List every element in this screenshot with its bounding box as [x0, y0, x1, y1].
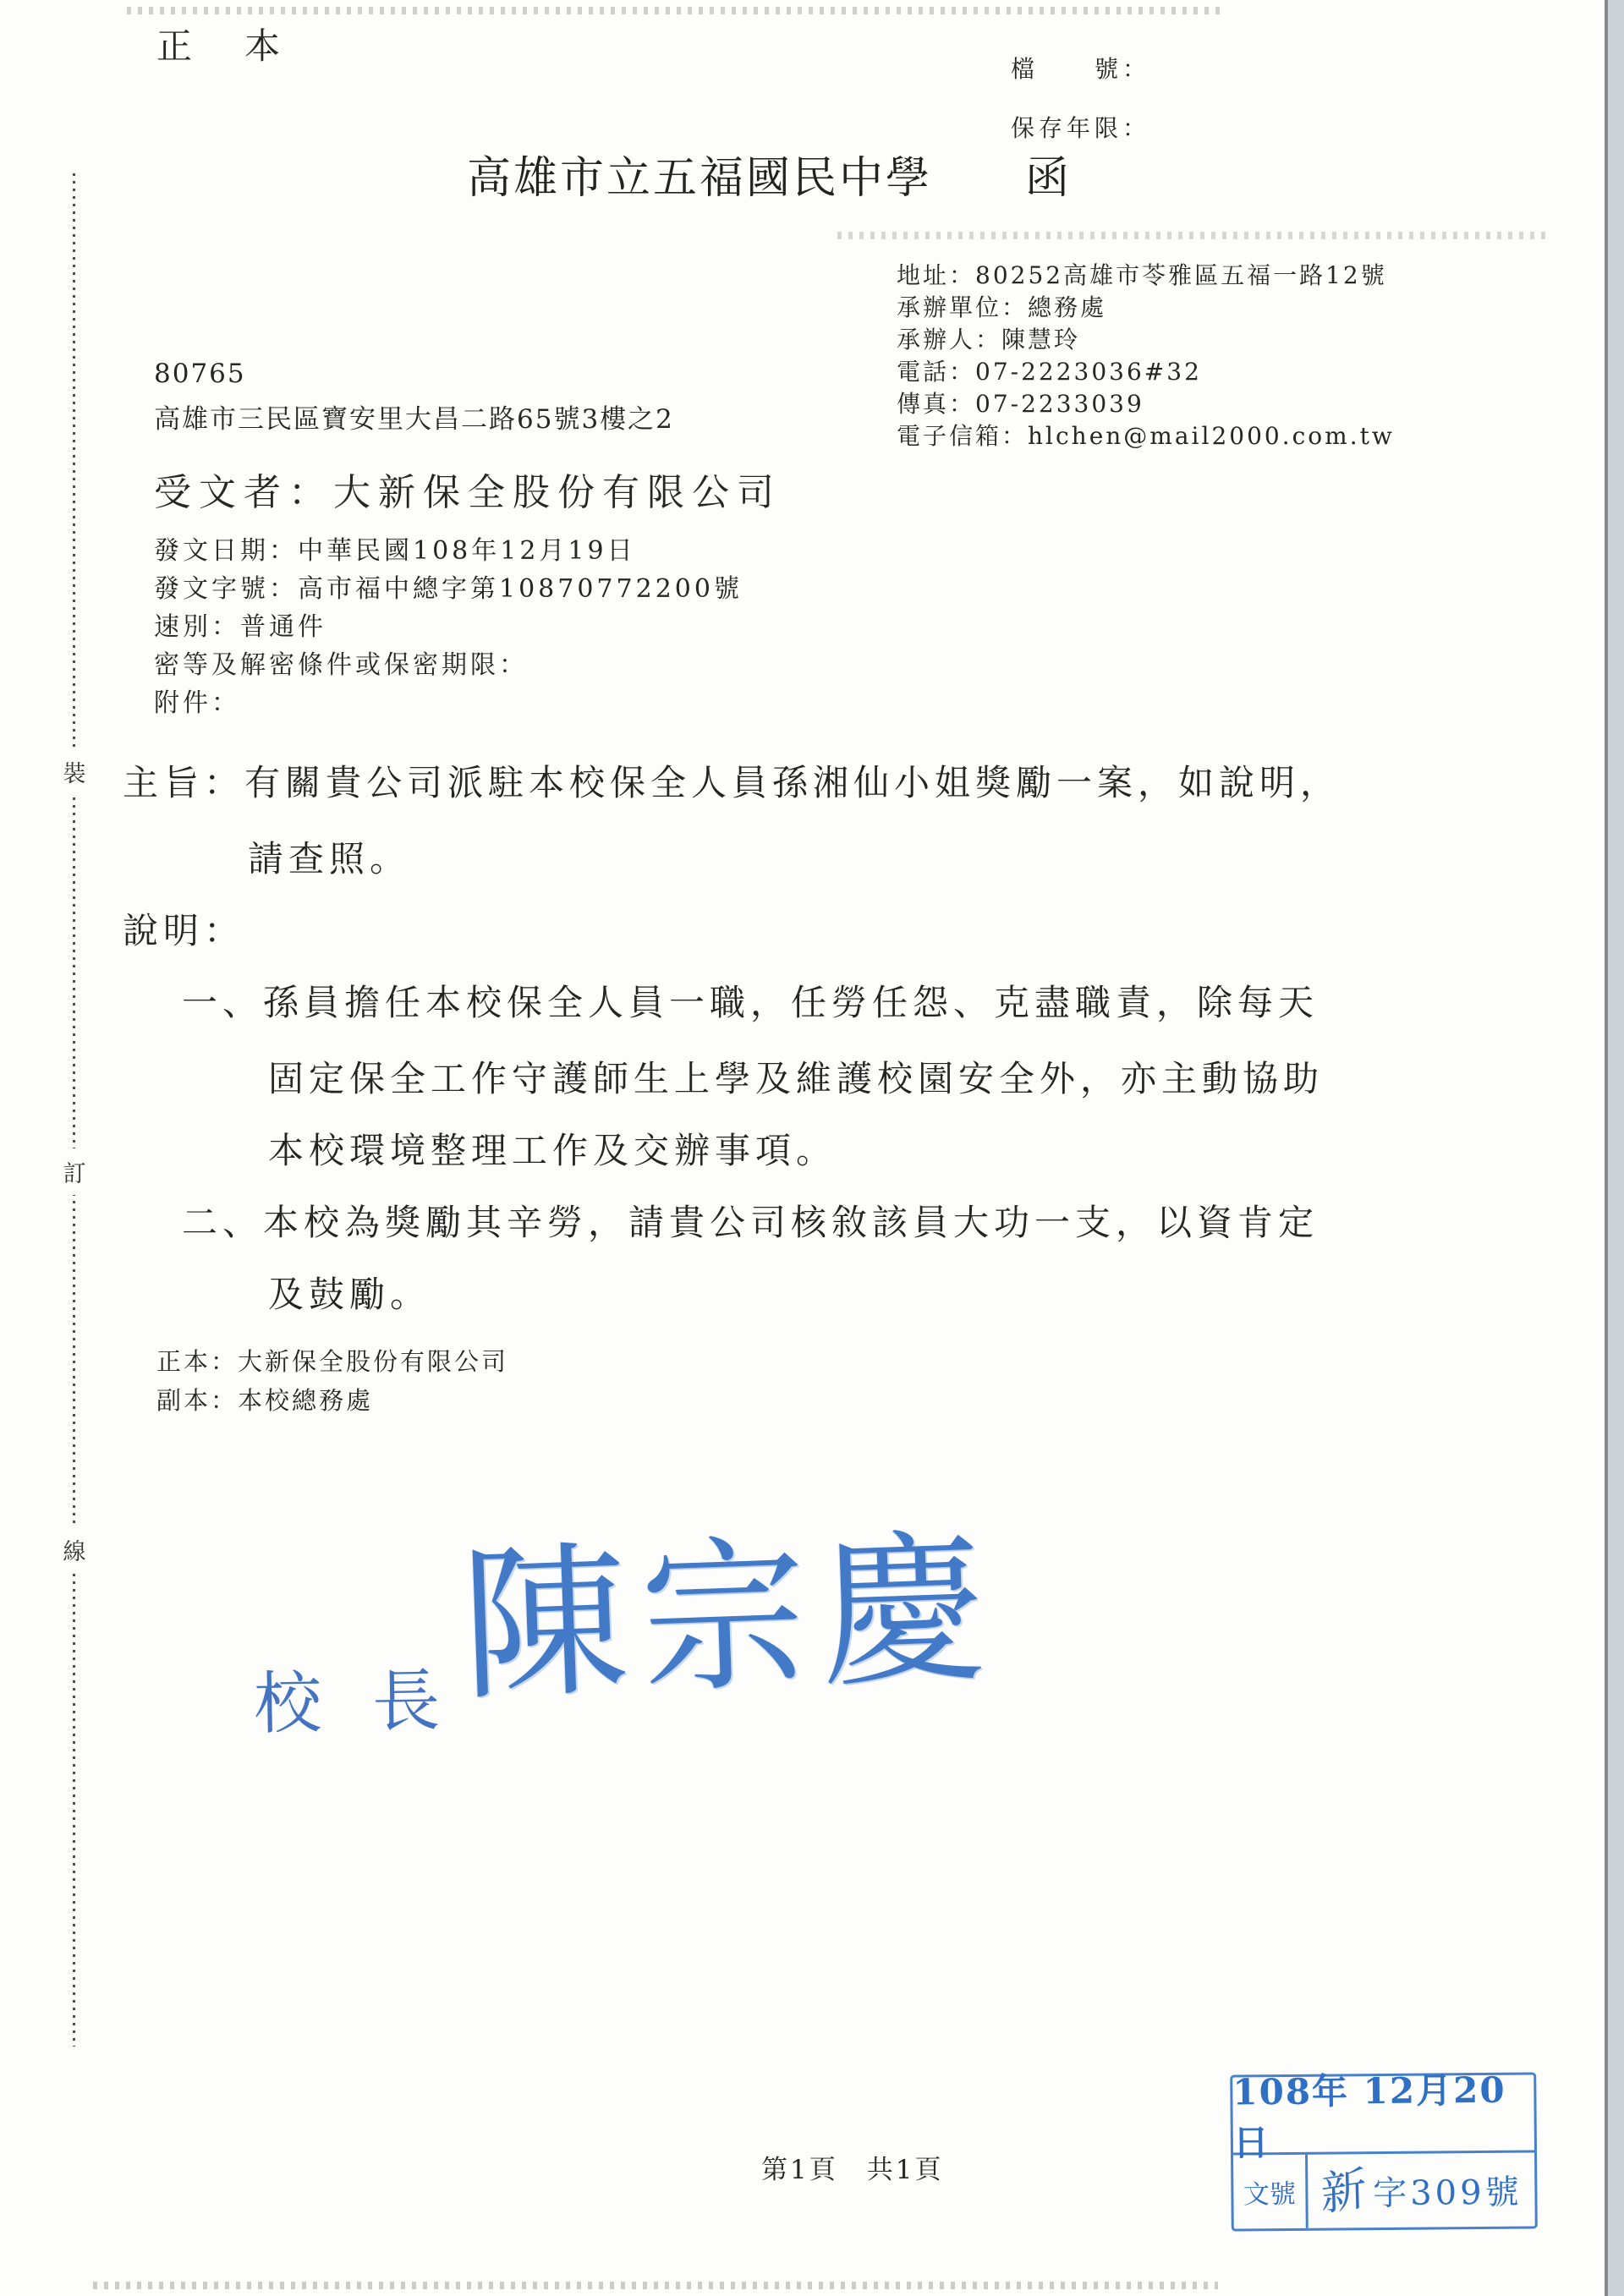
sender-phone-line: 電話：07-2223036#32	[897, 353, 1395, 386]
explanation-item1-line1: 一、孫員擔任本校保全人員一職，任勞任怨、克盡職責，除每天	[182, 975, 1319, 1026]
file-number-label: 檔 號：	[1011, 51, 1150, 85]
issue-date-line: 發文日期：中華民國108年12月19日	[154, 529, 743, 567]
binding-mark-xian: 線	[58, 1526, 91, 1573]
sender-contact-line: 承辦人：陳慧玲	[897, 321, 1395, 353]
receipt-stamp-number-label: 文號	[1233, 2155, 1309, 2229]
recipient-zip: 80765	[154, 359, 246, 389]
binding-mark-zhuang: 裝	[58, 748, 91, 795]
receipt-stamp-handwritten-char: 新	[1319, 2151, 1369, 2224]
scan-edge-strip	[1604, 0, 1624, 2296]
subject-line-1: 主旨：有關貴公司派駐本校保全人員孫湘仙小姐獎勵一案，如說明，	[123, 755, 1341, 806]
document-meta-block: 發文日期：中華民國108年12月19日 發文字號：高市福中總字第10870772…	[154, 529, 743, 720]
document-title: 高雄市立五福國民中學 函	[467, 142, 1072, 205]
speed-class-line: 速別：普通件	[154, 606, 743, 644]
explanation-item2-line2: 及鼓勵。	[268, 1267, 431, 1318]
explanation-item2-line1: 二、本校為獎勵其辛勞，請貴公司核敘該員大功一支，以資肯定	[182, 1195, 1319, 1246]
explanation-heading: 說明：	[123, 903, 244, 954]
scanned-official-letter: 裝 訂 線 正 本 檔 號： 保存年限： 高雄市立五福國民中學 函 地址：802…	[0, 0, 1624, 2296]
retention-period-label: 保存年限：	[1011, 110, 1150, 144]
explanation-item1-line3: 本校環境整理工作及交辦事項。	[268, 1123, 837, 1174]
binding-dotted-line	[73, 173, 75, 2047]
page-number-footer: 第1頁 共1頁	[761, 2148, 943, 2186]
scan-noise-band-middle	[837, 232, 1548, 239]
copies-carbon-line: 副本：本校總務處	[156, 1382, 373, 1417]
receipt-stamp-date: 108年 12月20日	[1232, 2074, 1534, 2155]
recipient-line: 受文者：大新保全股份有限公司	[154, 462, 782, 516]
binding-mark-ding: 訂	[58, 1148, 91, 1195]
attachment-line: 附件：	[154, 682, 743, 720]
sender-email-line: 電子信箱：hlchen@mail2000.com.tw	[897, 418, 1395, 450]
scan-noise-band-bottom	[93, 2282, 1218, 2289]
receipt-stamp-number-value: 新 字309號	[1308, 2152, 1535, 2228]
sender-fax-line: 傳真：07-2233039	[897, 386, 1395, 418]
sender-address-line: 地址：80252高雄市苓雅區五福一路12號	[897, 257, 1395, 289]
copy-type-label: 正 本	[156, 19, 288, 69]
receipt-stamp: 108年 12月20日 文號 新 字309號	[1230, 2072, 1538, 2231]
receipt-stamp-number-row: 文號 新 字309號	[1233, 2152, 1535, 2228]
sender-info-block: 地址：80252高雄市苓雅區五福一路12號 承辦單位：總務處 承辦人：陳慧玲 電…	[897, 257, 1395, 450]
scan-noise-band-top	[127, 7, 1226, 14]
recipient-address: 高雄市三民區寶安里大昌二路65號3樓之2	[154, 397, 674, 436]
explanation-item1-line2: 固定保全工作守護師生上學及維護校園安全外，亦主動協助	[268, 1051, 1324, 1102]
receipt-stamp-number-suffix: 字309號	[1373, 2166, 1522, 2216]
copies-original-line: 正本：大新保全股份有限公司	[156, 1343, 508, 1378]
principal-title-stamp: 校長	[253, 1646, 491, 1747]
subject-line-2: 請查照。	[248, 831, 410, 882]
principal-signature-stamp: 陳宗慶	[457, 1475, 1002, 1732]
issue-number-line: 發文字號：高市福中總字第10870772200號	[154, 567, 743, 606]
sender-unit-line: 承辦單位：總務處	[897, 289, 1395, 321]
security-class-line: 密等及解密條件或保密期限：	[154, 644, 743, 682]
